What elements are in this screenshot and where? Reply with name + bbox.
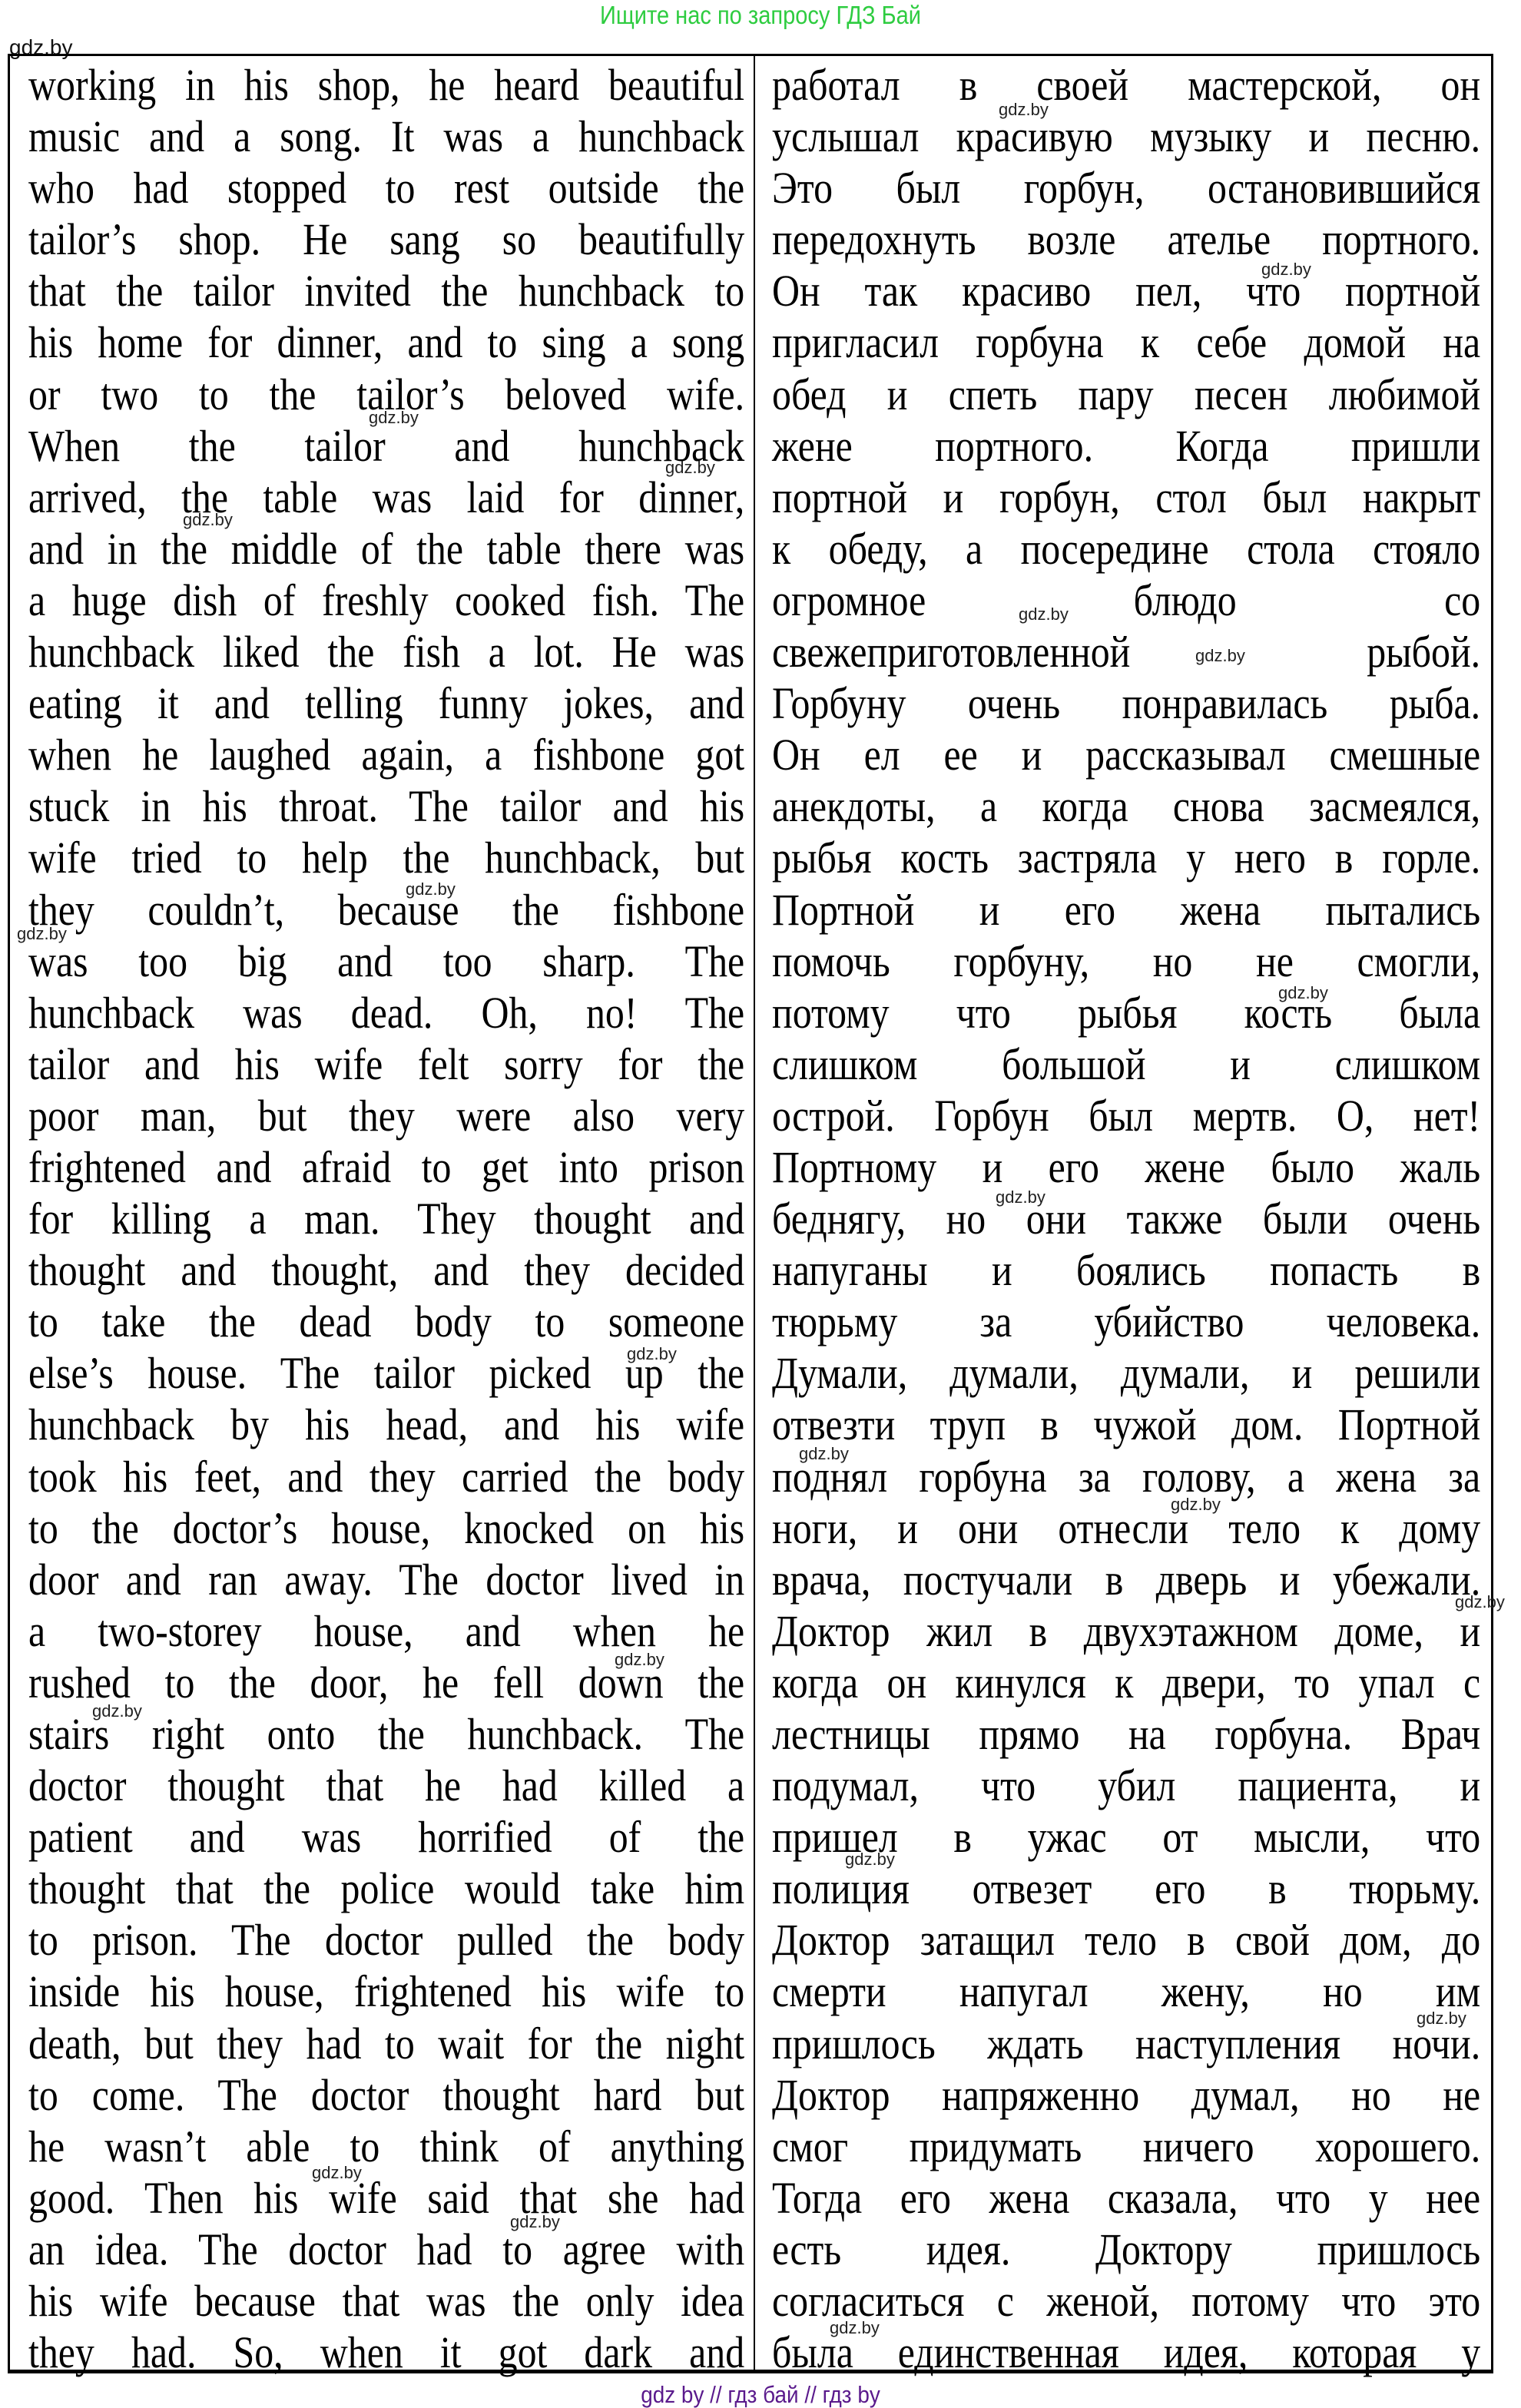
- search-banner: Ищите нас по запросу ГДЗ Бай: [91, 0, 1430, 31]
- gdz-watermark: gdz.by: [996, 1189, 1045, 1206]
- text-line: Портной и его жена пытались: [772, 884, 1480, 936]
- text-line: good. Then his wife said that she had: [28, 2172, 744, 2224]
- text-line: поднял горбуна за голову, а жена за: [772, 1451, 1480, 1502]
- english-column: working in his shop, he heard beautifulm…: [10, 56, 755, 2370]
- text-line: who had stopped to rest outside the: [28, 162, 744, 214]
- text-line: he wasn’t able to think of anything: [28, 2121, 744, 2172]
- text-line: Горбуну очень понравилась рыба.: [772, 677, 1480, 729]
- text-line: Он так красиво пел, что портной: [772, 265, 1480, 316]
- text-line: работал в своей мастерской, он: [772, 59, 1480, 111]
- bilingual-text-table: working in his shop, he heard beautifulm…: [8, 54, 1493, 2373]
- text-line: пришлось ждать наступления ночи.: [772, 2018, 1480, 2069]
- text-line: hunchback was dead. Oh, no! The: [28, 987, 744, 1038]
- text-line: обед и спеть пару песен любимой: [772, 369, 1480, 420]
- text-line: thought that the police would take him: [28, 1863, 744, 1914]
- gdz-watermark: gdz.by: [1171, 1496, 1221, 1513]
- text-line: they couldn’t, because the fishbone: [28, 884, 744, 936]
- text-line: потому что рыбья кость была: [772, 987, 1480, 1038]
- text-line: tailor and his wife felt sorry for the: [28, 1038, 744, 1090]
- text-line: огромное блюдо со: [772, 575, 1480, 626]
- text-line: wife tried to help the hunchback, but: [28, 832, 744, 883]
- text-line: when he laughed again, a fishbone got: [28, 729, 744, 780]
- gdz-watermark: gdz.by: [406, 881, 456, 898]
- text-line: for killing a man. They thought and: [28, 1193, 744, 1244]
- text-line: помочь горбуну, но не смогли,: [772, 936, 1480, 987]
- text-line: patient and was horrified of the: [28, 1811, 744, 1863]
- text-line: передохнуть возле ателье портного.: [772, 214, 1480, 265]
- text-line: eating it and telling funny jokes, and: [28, 677, 744, 729]
- text-line: to prison. The doctor pulled the body: [28, 1914, 744, 1966]
- text-line: Портному и его жене было жаль: [772, 1141, 1480, 1193]
- text-line: полиция отвезет его в тюрьму.: [772, 1863, 1480, 1914]
- gdz-watermark: gdz.by: [627, 1346, 677, 1363]
- text-line: Тогда его жена сказала, что у нее: [772, 2172, 1480, 2224]
- text-line: poor man, but they were also very: [28, 1090, 744, 1141]
- text-line: death, but they had to wait for the nigh…: [28, 2018, 744, 2069]
- gdz-watermark: gdz.by: [999, 101, 1049, 118]
- text-line: жене портного. Когда пришли: [772, 420, 1480, 472]
- text-line: tailor’s shop. He sang so beautifully: [28, 214, 744, 265]
- gdz-watermark: gdz.by: [510, 2214, 560, 2231]
- text-line: тюрьму за убийство человека.: [772, 1296, 1480, 1347]
- text-line: frightened and afraid to get into prison: [28, 1141, 744, 1193]
- text-line: Это был горбун, остановившийся: [772, 162, 1480, 214]
- text-line: hunchback by his head, and his wife: [28, 1399, 744, 1450]
- text-line: they had. So, when it got dark and: [28, 2327, 744, 2378]
- text-line: door and ran away. The doctor lived in: [28, 1554, 744, 1605]
- text-line: took his feet, and they carried the body: [28, 1451, 744, 1502]
- text-line: портной и горбун, стол был накрыт: [772, 472, 1480, 523]
- text-line: острой. Горбун был мертв. О, нет!: [772, 1090, 1480, 1141]
- gdz-watermark: gdz.by: [312, 2165, 362, 2181]
- text-line: слишком большой и слишком: [772, 1038, 1480, 1090]
- text-line: смерти напугал жену, но им: [772, 1966, 1480, 2017]
- text-line: ноги, и они отнесли тело к дому: [772, 1502, 1480, 1554]
- text-line: music and a song. It was a hunchback: [28, 111, 744, 162]
- gdz-watermark: gdz.by: [665, 459, 715, 476]
- text-line: смог придумать ничего хорошего.: [772, 2121, 1480, 2172]
- text-line: When the tailor and hunchback: [28, 420, 744, 472]
- gdz-watermark: gdz.by: [92, 1703, 142, 1720]
- gdz-watermark: gdz.by: [615, 1651, 664, 1668]
- text-line: беднягу, но они также были очень: [772, 1193, 1480, 1244]
- text-line: подумал, что убил пациента, и: [772, 1760, 1480, 1811]
- gdz-watermark: gdz.by: [17, 926, 67, 942]
- text-line: врача, постучали в дверь и убежали.: [772, 1554, 1480, 1605]
- text-line: an idea. The doctor had to agree with: [28, 2224, 744, 2275]
- text-line: his home for dinner, and to sing a song: [28, 316, 744, 368]
- text-line: working in his shop, he heard beautiful: [28, 59, 744, 111]
- text-line: to the doctor’s house, knocked on his: [28, 1502, 744, 1554]
- text-line: когда он кинулся к двери, то упал с: [772, 1657, 1480, 1708]
- text-line: Он ел ее и рассказывал смешные: [772, 729, 1480, 780]
- text-line: Думали, думали, думали, и решили: [772, 1347, 1480, 1399]
- text-line: to come. The doctor thought hard but: [28, 2069, 744, 2121]
- gdz-watermark: gdz.by: [1417, 2010, 1466, 2027]
- text-line: his wife because that was the only idea: [28, 2275, 744, 2327]
- gdz-watermark: gdz.by: [1261, 261, 1311, 278]
- text-line: a huge dish of freshly cooked fish. The: [28, 575, 744, 626]
- gdz-watermark: gdz.by: [369, 409, 419, 426]
- gdz-watermark: gdz.by: [1195, 648, 1245, 664]
- text-line: stuck in his throat. The tailor and his: [28, 780, 744, 832]
- text-line: к обеду, а посередине стола стояло: [772, 523, 1480, 575]
- text-line: есть идея. Доктору пришлось: [772, 2224, 1480, 2275]
- gdz-watermark: gdz.by: [1455, 1594, 1505, 1611]
- text-line: that the tailor invited the hunchback to: [28, 265, 744, 316]
- text-line: Доктор напряженно думал, но не: [772, 2069, 1480, 2121]
- text-line: свежеприготовленной рыбой.: [772, 626, 1480, 677]
- text-line: услышал красивую музыку и песню.: [772, 111, 1480, 162]
- text-line: Доктор затащил тело в свой дом, до: [772, 1914, 1480, 1966]
- text-line: hunchback liked the fish a lot. He was: [28, 626, 744, 677]
- text-line: пригласил горбуна к себе домой на: [772, 316, 1480, 368]
- gdz-watermark: gdz.by: [183, 512, 233, 528]
- text-line: was too big and too sharp. The: [28, 936, 744, 987]
- gdz-watermark: gdz.by: [1278, 985, 1328, 1002]
- text-line: a two-storey house, and when he: [28, 1605, 744, 1657]
- text-line: лестницы прямо на горбуна. Врач: [772, 1708, 1480, 1760]
- text-line: рыбья кость застряла у него в горле.: [772, 832, 1480, 883]
- gdz-watermark: gdz.by: [1019, 606, 1069, 623]
- text-line: doctor thought that he had killed a: [28, 1760, 744, 1811]
- text-line: and in the middle of the table there was: [28, 523, 744, 575]
- text-line: Доктор жил в двухэтажном доме, и: [772, 1605, 1480, 1657]
- text-line: анекдоты, а когда снова засмеялся,: [772, 780, 1480, 832]
- text-line: thought and thought, and they decided: [28, 1244, 744, 1296]
- gdz-watermark: gdz.by: [799, 1446, 849, 1462]
- text-line: отвезти труп в чужой дом. Портной: [772, 1399, 1480, 1450]
- text-line: to take the dead body to someone: [28, 1296, 744, 1347]
- text-line: arrived, the table was laid for dinner,: [28, 472, 744, 523]
- footer-banner: gdz by // гдз бай // гдз by: [76, 2381, 1445, 2408]
- gdz-watermark: gdz.by: [830, 2320, 880, 2337]
- text-line: напуганы и боялись попасть в: [772, 1244, 1480, 1296]
- gdz-watermark: gdz.by: [845, 1851, 895, 1868]
- text-line: inside his house, frightened his wife to: [28, 1966, 744, 2017]
- russian-column: работал в своей мастерской, онуслышал кр…: [755, 56, 1491, 2370]
